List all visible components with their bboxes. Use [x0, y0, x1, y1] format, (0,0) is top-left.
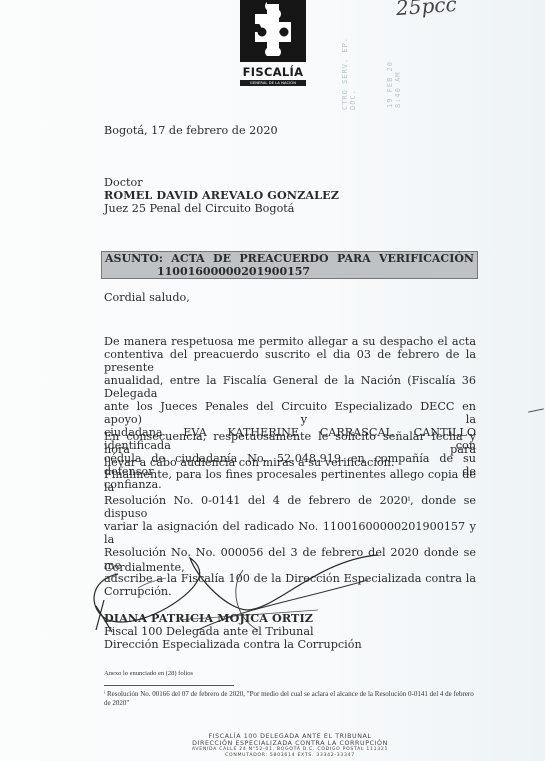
logo-subtitle: GENERAL DE LA NACIÓN [240, 80, 306, 86]
recipient-position: Juez 25 Penal del Circuito Bogotá [104, 202, 476, 215]
signer-unit: Dirección Especializada contra la Corrup… [104, 638, 476, 651]
subject-label: ASUNTO: [105, 253, 163, 266]
greeting: Cordial saludo, [104, 291, 476, 304]
subject-line: ASUNTO: ACTA DE PREACUERDO PARA VERIFICA… [105, 253, 474, 266]
annex-note: Anexo lo enunciado en (28) folios [104, 670, 193, 677]
page-footer: FISCALÍA 100 DELEGADA ANTE EL TRIBUNAL D… [140, 733, 440, 758]
paragraph-line: De manera respetuosa me permito allegar … [104, 335, 476, 348]
paragraph-line: En consecuencia, respetuosamente le soli… [104, 430, 476, 456]
footer-line: FISCALÍA 100 DELEGADA ANTE EL TRIBUNAL [140, 733, 440, 740]
subject-word: PREACUERDO [239, 253, 328, 266]
footnote-divider [104, 685, 234, 686]
received-stamp: CTRO SERV. EP. DOC. [341, 30, 357, 110]
puzzle-piece-icon [252, 2, 294, 60]
paragraph-2: En consecuencia, respetuosamente le soli… [104, 430, 476, 469]
paragraph-line: Finalmente, para los fines procesales pe… [104, 468, 476, 494]
subject-word: ACTA [171, 253, 204, 266]
subject-box: ASUNTO: ACTA DE PREACUERDO PARA VERIFICA… [101, 251, 478, 279]
footer-phone: CONMUTADOR: 5803614 EXTS. 33342-33347 [140, 753, 440, 759]
footnote: ⁱ Resolución No. 00166 del 07 de febrero… [104, 690, 474, 708]
margin-mark [528, 408, 544, 412]
paragraph-line: Resolución No. 0-0141 del 4 de febrero d… [104, 494, 476, 520]
subject-word: DE [213, 253, 231, 266]
paragraph-line: contentiva del preacuerdo suscrito el di… [104, 348, 476, 374]
logo-title: FISCALÍA [240, 65, 306, 79]
letter-date: Bogotá, 17 de febrero de 2020 [104, 124, 476, 137]
footer-line: DIRECCIÓN ESPECIALIZADA CONTRA LA CORRUP… [140, 740, 440, 747]
subject-word: PARA [337, 253, 371, 266]
paragraph-line: anualidad, entre la Fiscalía General de … [104, 374, 476, 400]
recipient-block: Doctor ROMEL DAVID AREVALO GONZALEZ Juez… [104, 176, 476, 215]
recipient-name: ROMEL DAVID AREVALO GONZALEZ [104, 189, 476, 202]
received-stamp-date: 19 FEB 20 8:40 AM [386, 48, 402, 108]
subject-case-number: 11001600000201900157 [105, 266, 474, 279]
document-page: FISCALÍA GENERAL DE LA NACIÓN 25pcc CTRO… [0, 0, 545, 761]
handwritten-note: 25pcc [395, 0, 457, 20]
signer-block: DIANA PATRICIA MOJICA ORTIZ Fiscal 100 D… [104, 612, 476, 651]
subject-word: VERIFICACIÓN [379, 253, 474, 266]
signer-position: Fiscal 100 Delegada ante el Tribunal [104, 625, 476, 638]
logo-emblem [240, 0, 306, 62]
fiscalia-logo: FISCALÍA GENERAL DE LA NACIÓN [240, 0, 306, 86]
signer-name: DIANA PATRICIA MOJICA ORTIZ [104, 612, 476, 625]
paragraph-line: ante los Jueces Penales del Circuito Esp… [104, 400, 476, 426]
